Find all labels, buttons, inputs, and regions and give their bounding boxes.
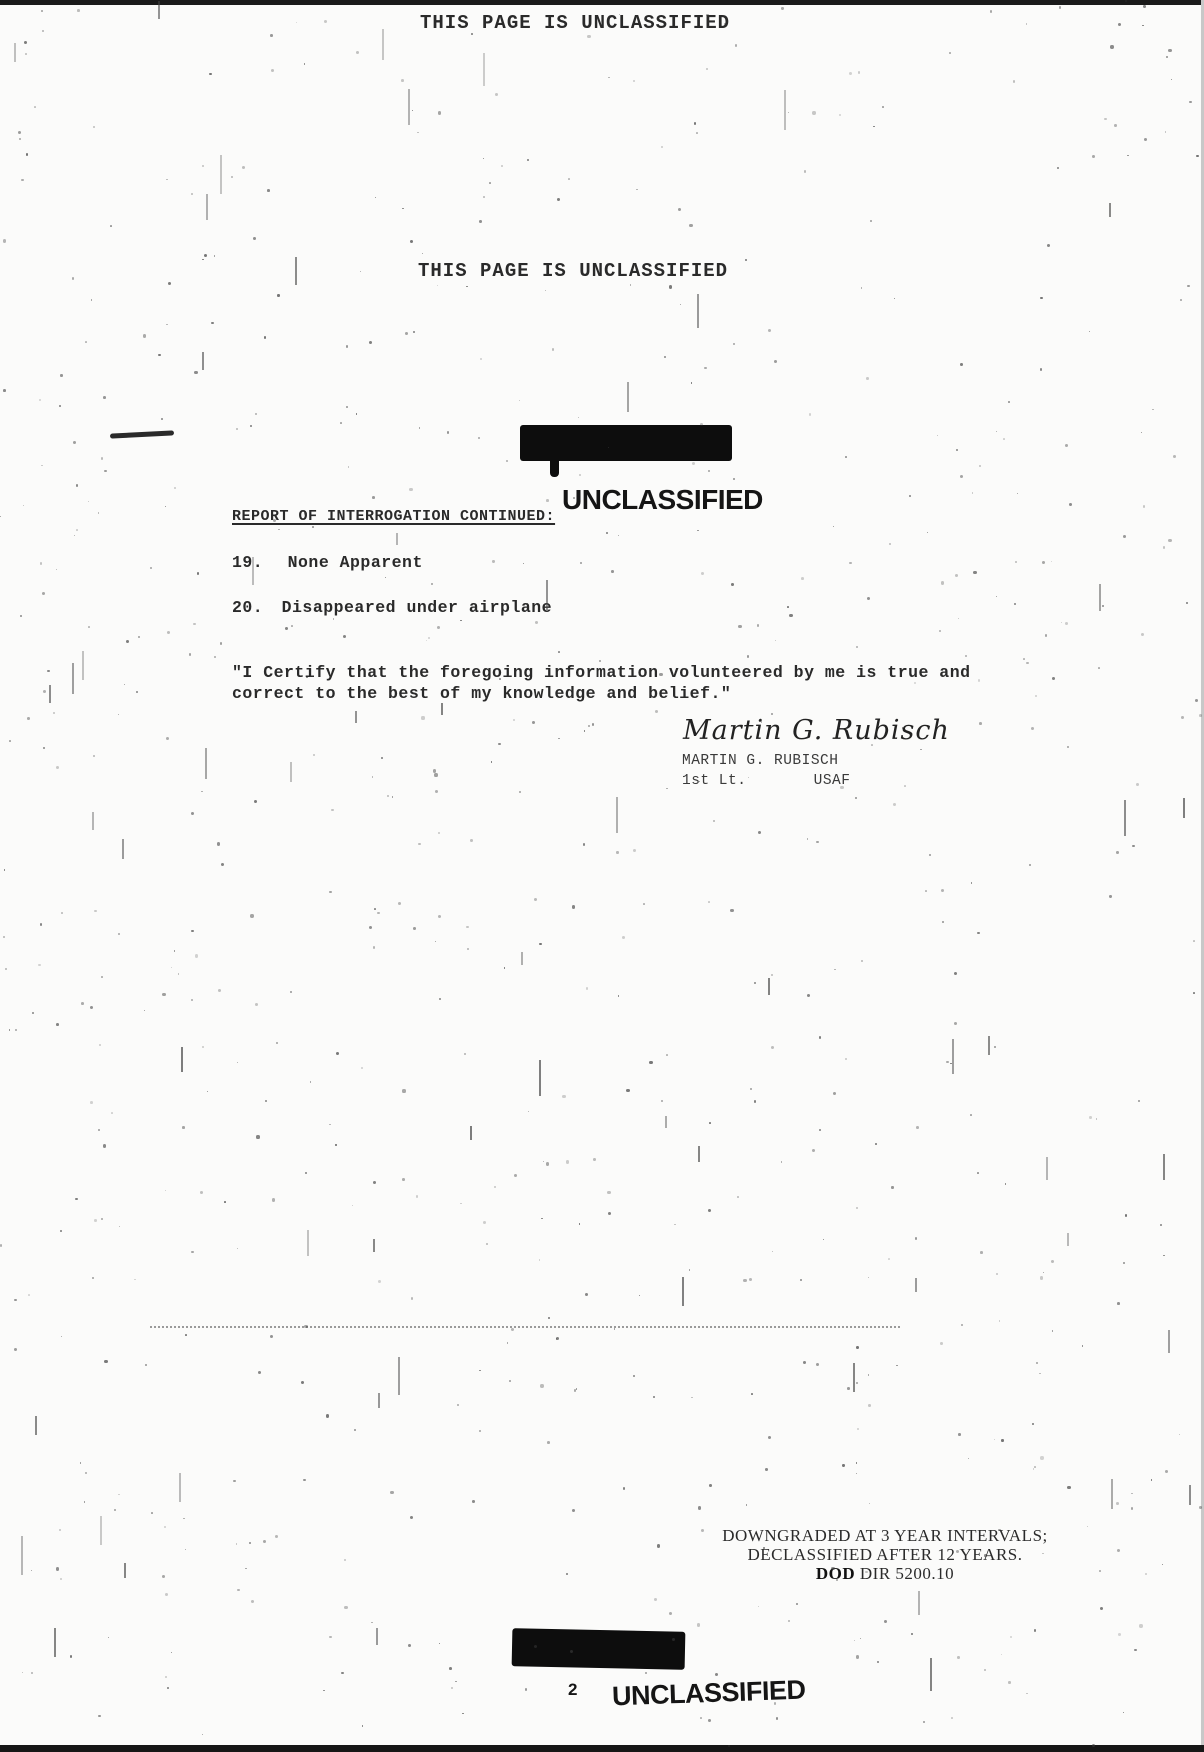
scan-speck	[40, 562, 42, 564]
scan-speck	[868, 1404, 871, 1407]
scan-speck	[1092, 155, 1095, 158]
scan-speck	[557, 198, 560, 201]
scan-speck	[1014, 603, 1016, 605]
scan-speck	[346, 345, 349, 348]
scan-speck	[661, 146, 664, 149]
scan-scratch	[124, 1563, 126, 1578]
scan-speck	[937, 435, 939, 437]
scan-speck	[1143, 505, 1145, 507]
scan-speck	[344, 1606, 347, 1609]
scan-speck	[398, 902, 401, 905]
scan-speck	[202, 165, 204, 167]
scan-speck	[654, 1598, 657, 1601]
scan-speck	[491, 761, 492, 762]
scan-speck	[108, 1637, 109, 1638]
scan-speck	[572, 905, 575, 908]
scan-speck	[855, 797, 857, 799]
scan-speck	[513, 719, 515, 721]
scan-scratch	[307, 1230, 309, 1256]
scan-speck	[506, 460, 508, 462]
scan-speck	[796, 1603, 798, 1605]
scan-speck	[1089, 1116, 1092, 1119]
scan-speck	[20, 615, 22, 617]
scan-speck	[56, 1567, 59, 1570]
scan-speck	[689, 1269, 691, 1271]
scan-speck	[1125, 1214, 1128, 1217]
scan-speck	[372, 776, 373, 777]
scan-scratch	[665, 1116, 667, 1128]
scan-speck	[534, 898, 537, 901]
scan-speck	[960, 363, 963, 366]
scan-speck	[1165, 1470, 1168, 1473]
scan-speck	[845, 456, 847, 458]
scan-speck	[43, 747, 45, 749]
scan-scratch	[355, 711, 357, 722]
scan-speck	[535, 621, 538, 624]
scan-speck	[973, 571, 976, 574]
scan-speck	[111, 1112, 113, 1114]
scan-scratch	[853, 1363, 855, 1392]
scan-speck	[704, 367, 707, 370]
scan-speck	[774, 1702, 777, 1705]
scan-speck	[191, 930, 194, 933]
scan-speck	[669, 285, 672, 288]
scan-speck	[0, 1244, 2, 1246]
scan-speck	[689, 224, 692, 227]
scan-speck	[1181, 716, 1184, 719]
scan-speck	[264, 336, 267, 339]
scan-speck	[0, 516, 1, 517]
redaction-bar-top	[520, 425, 732, 461]
scan-speck	[354, 1429, 356, 1431]
scan-speck	[854, 1640, 856, 1642]
scan-speck	[41, 10, 43, 12]
scan-speck	[492, 560, 494, 562]
scan-speck	[434, 773, 437, 776]
scan-speck	[1040, 1456, 1043, 1459]
scan-speck	[1134, 1649, 1137, 1652]
scan-scratch	[918, 1591, 920, 1615]
scan-speck	[979, 722, 982, 725]
scan-speck	[1005, 1183, 1006, 1184]
scan-speck	[438, 832, 440, 834]
dotted-divider-line	[150, 1326, 900, 1328]
scan-speck	[775, 640, 776, 641]
scan-speck	[977, 1172, 979, 1174]
scan-speck	[486, 1243, 488, 1245]
scan-speck	[1151, 1479, 1153, 1481]
scan-speck	[856, 1655, 859, 1658]
scan-speck	[743, 1279, 746, 1282]
scan-scratch	[1189, 1485, 1191, 1505]
scan-speck	[812, 1149, 815, 1152]
scan-speck	[955, 574, 958, 577]
scan-speck	[1040, 1276, 1043, 1279]
item-number: 19.	[232, 553, 263, 572]
scan-speck	[402, 1089, 405, 1092]
scan-speck	[701, 1529, 704, 1532]
scan-speck	[447, 431, 450, 434]
scan-speck	[410, 1516, 413, 1519]
scan-speck	[599, 660, 602, 663]
scan-speck	[1144, 138, 1147, 141]
scan-speck	[849, 562, 851, 564]
scan-speck	[98, 1129, 100, 1131]
scan-speck	[1098, 667, 1100, 669]
scan-speck	[331, 809, 334, 812]
scan-speck	[750, 1088, 752, 1090]
scan-scratch	[290, 762, 292, 783]
scan-speck	[237, 1062, 238, 1063]
scan-speck	[861, 287, 863, 289]
scan-speck	[996, 596, 997, 597]
scan-speck	[489, 182, 491, 184]
scan-speck	[143, 334, 146, 337]
scan-scratch	[1046, 1157, 1048, 1180]
certification-line-2: correct to the best of my knowledge and …	[232, 684, 731, 703]
scan-speck	[101, 1218, 103, 1220]
scan-speck	[94, 1219, 97, 1222]
scan-speck	[1109, 895, 1111, 897]
downgrade-notice: DOWNGRADED AT 3 YEAR INTERVALS; DECLASSI…	[685, 1526, 1085, 1583]
scan-speck	[144, 1010, 145, 1011]
scan-speck	[606, 532, 608, 534]
scan-scratch	[82, 651, 84, 680]
scan-speck	[275, 1535, 278, 1538]
scan-speck	[616, 851, 618, 853]
scan-speck	[291, 625, 293, 627]
scan-speck	[856, 1462, 857, 1463]
scan-speck	[941, 889, 944, 892]
scan-speck	[694, 122, 696, 124]
scan-scratch	[470, 1126, 472, 1140]
scan-speck	[939, 630, 941, 632]
scan-speck	[372, 496, 375, 499]
scan-speck	[277, 294, 279, 296]
scan-scratch	[179, 1473, 181, 1502]
scan-speck	[698, 1506, 701, 1509]
item-text: Disappeared under airplane	[282, 598, 552, 617]
scan-speck	[587, 35, 590, 38]
scan-speck	[101, 976, 103, 978]
scan-speck	[253, 237, 256, 240]
scan-speck	[346, 406, 348, 408]
scan-speck	[255, 1003, 258, 1006]
scan-speck	[772, 1251, 773, 1252]
scan-speck	[678, 208, 681, 211]
scan-speck	[809, 413, 812, 416]
scan-scratch	[202, 352, 204, 371]
scan-speck	[816, 841, 819, 844]
scan-speck	[18, 131, 21, 134]
scan-speck	[970, 1114, 972, 1116]
scan-scratch	[1109, 203, 1111, 217]
scan-speck	[265, 1100, 267, 1102]
scan-speck	[93, 126, 95, 128]
scan-speck	[1034, 1466, 1036, 1468]
scan-speck	[124, 684, 125, 685]
scan-speck	[893, 803, 896, 806]
scan-scratch	[1168, 1330, 1170, 1354]
scan-speck	[56, 569, 57, 570]
scan-speck	[788, 1620, 790, 1622]
scan-speck	[904, 785, 906, 787]
scan-speck	[871, 744, 873, 746]
scan-speck	[183, 1518, 184, 1519]
scan-speck	[771, 1046, 774, 1049]
scan-speck	[869, 1503, 870, 1504]
scan-speck	[185, 1334, 187, 1336]
scan-speck	[788, 112, 789, 113]
scan-speck	[849, 72, 852, 75]
scan-speck	[237, 1248, 238, 1249]
scan-scratch	[54, 1628, 56, 1658]
scan-speck	[1141, 432, 1142, 433]
scan-speck	[483, 1221, 486, 1224]
scan-speck	[21, 179, 23, 181]
scan-speck	[191, 812, 194, 815]
scan-speck	[1065, 444, 1068, 447]
scan-speck	[1031, 727, 1034, 730]
scan-speck	[1008, 401, 1010, 403]
certification-line-1: "I Certify that the foregoing informatio…	[232, 663, 971, 682]
scan-speck	[166, 737, 169, 740]
scan-speck	[255, 413, 256, 414]
scan-speck	[523, 563, 524, 564]
scan-speck	[1187, 285, 1189, 287]
scan-speck	[304, 1325, 307, 1328]
scan-speck	[1001, 1654, 1002, 1655]
scan-speck	[674, 1224, 675, 1225]
scan-speck	[185, 1549, 186, 1550]
scan-speck	[858, 71, 861, 74]
scan-speck	[857, 1428, 860, 1431]
scan-speck	[333, 618, 334, 619]
scan-speck	[81, 1002, 84, 1005]
scan-speck	[312, 526, 314, 528]
scan-speck	[352, 1205, 353, 1206]
scan-speck	[1189, 101, 1192, 104]
scan-speck	[93, 755, 95, 757]
scan-speck	[220, 642, 223, 645]
scan-speck	[103, 1144, 106, 1147]
scan-speck	[47, 670, 49, 672]
scan-speck	[643, 903, 645, 905]
scan-speck	[145, 1364, 147, 1366]
scan-speck	[607, 1191, 610, 1194]
scan-speck	[356, 51, 359, 54]
scan-speck	[730, 909, 733, 912]
scan-speck	[402, 208, 403, 209]
scan-speck	[666, 788, 668, 790]
scan-speck	[472, 1500, 475, 1503]
scan-speck	[5, 968, 8, 971]
scan-speck	[540, 1384, 543, 1387]
scan-speck	[758, 831, 761, 834]
scan-speck	[1163, 1255, 1164, 1256]
scan-speck	[439, 1643, 441, 1645]
scan-speck	[833, 526, 835, 528]
scan-speck	[579, 1223, 581, 1225]
scan-speck	[377, 912, 380, 915]
scan-speck	[956, 449, 958, 451]
scan-speck	[593, 1158, 596, 1161]
scan-speck	[194, 371, 197, 374]
scan-speck	[541, 1218, 543, 1220]
scan-speck	[708, 1209, 711, 1212]
scan-speck	[221, 863, 224, 866]
scan-speck	[59, 1529, 61, 1531]
downgrade-directive: DIR 5200.10	[860, 1564, 954, 1583]
scan-speck	[1042, 561, 1045, 564]
scan-speck	[329, 891, 332, 894]
scan-speck	[278, 529, 280, 531]
scan-speck	[270, 34, 273, 37]
scan-scratch	[122, 839, 124, 859]
scan-speck	[856, 1473, 857, 1474]
scan-speck	[558, 738, 560, 740]
scan-speck	[1117, 1549, 1120, 1552]
scan-speck	[1139, 1624, 1142, 1627]
scan-speck	[371, 1622, 372, 1623]
scan-speck	[754, 1100, 757, 1103]
scan-speck	[272, 1198, 275, 1201]
scan-scratch	[373, 1239, 375, 1252]
scan-speck	[245, 1568, 247, 1570]
scan-speck	[60, 374, 62, 376]
scan-speck	[923, 1721, 925, 1723]
scan-speck	[462, 1713, 463, 1714]
scan-speck	[733, 343, 734, 344]
scan-speck	[60, 1578, 62, 1580]
scan-speck	[946, 1061, 949, 1064]
scan-speck	[233, 1480, 235, 1482]
scan-speck	[546, 1162, 549, 1165]
scan-scratch	[616, 797, 618, 833]
scan-speck	[14, 1299, 17, 1302]
scan-speck	[369, 341, 372, 344]
scan-scratch	[483, 53, 485, 86]
scan-speck	[419, 427, 421, 429]
scan-speck	[178, 973, 179, 974]
scan-speck	[76, 484, 78, 486]
scan-speck	[304, 63, 306, 65]
scan-speck	[701, 572, 704, 575]
scan-speck	[823, 1239, 824, 1240]
scan-speck	[546, 499, 549, 502]
scan-speck	[285, 627, 288, 630]
scan-scratch	[378, 1393, 380, 1408]
scan-speck	[165, 1676, 167, 1678]
scan-scratch	[521, 952, 523, 965]
scan-speck	[437, 285, 438, 286]
scan-speck	[92, 1277, 94, 1279]
scan-speck	[803, 1361, 806, 1364]
scan-speck	[787, 606, 789, 608]
scan-speck	[819, 1036, 822, 1039]
scan-speck	[543, 1161, 545, 1163]
scan-speck	[118, 933, 120, 935]
scan-speck	[70, 1655, 73, 1658]
scan-speck	[204, 254, 207, 257]
scan-speck	[789, 614, 792, 617]
scan-speck	[1160, 1224, 1162, 1226]
scan-scratch	[627, 382, 629, 412]
scan-speck	[781, 1161, 782, 1162]
scan-speck	[519, 791, 521, 793]
scan-speck	[138, 636, 140, 638]
scan-speck	[700, 423, 703, 426]
scan-speck	[471, 33, 473, 35]
scan-speck	[920, 749, 922, 751]
scan-speck	[1065, 622, 1068, 625]
scan-speck	[972, 492, 974, 494]
scan-speck	[1171, 79, 1172, 80]
scan-speck	[202, 1734, 203, 1735]
scan-speck	[94, 910, 96, 912]
scan-speck	[1123, 535, 1126, 538]
scan-speck	[479, 1430, 481, 1432]
scan-speck	[375, 197, 376, 198]
scan-speck	[775, 735, 778, 738]
scan-speck	[499, 678, 501, 680]
scan-speck	[957, 1656, 960, 1659]
scan-speck	[866, 377, 869, 380]
scan-speck	[4, 869, 5, 870]
scan-speck	[237, 1589, 239, 1591]
scan-speck	[126, 640, 129, 643]
scan-speck	[77, 9, 80, 12]
scan-speck	[804, 170, 806, 172]
scan-speck	[114, 1509, 117, 1512]
scan-speck	[1116, 1502, 1119, 1505]
scan-speck	[1132, 845, 1134, 847]
scan-speck	[162, 1575, 165, 1578]
scan-speck	[336, 1052, 339, 1055]
scan-speck	[1116, 851, 1119, 854]
scan-speck	[401, 79, 404, 82]
scan-speck	[270, 1335, 273, 1338]
scan-speck	[940, 1342, 943, 1345]
scan-speck	[61, 912, 63, 914]
scan-speck	[161, 418, 163, 420]
scan-speck	[494, 1186, 495, 1187]
scan-speck	[224, 1201, 226, 1203]
scan-scratch	[1163, 1154, 1165, 1180]
scan-scratch	[396, 533, 398, 544]
scan-speck	[697, 1623, 700, 1626]
signer-typed-name: MARTIN G. RUBISCH	[682, 753, 838, 769]
scan-speck	[1010, 1636, 1012, 1638]
scan-speck	[373, 946, 375, 948]
scan-scratch	[930, 1658, 932, 1691]
scan-speck	[438, 915, 441, 918]
scan-speck	[713, 820, 715, 822]
scan-speck	[209, 73, 211, 75]
scan-speck	[1162, 1564, 1163, 1565]
scan-speck	[771, 974, 773, 976]
scan-speck	[303, 1479, 306, 1482]
scan-speck	[103, 396, 106, 399]
scan-scratch	[952, 1039, 954, 1074]
scan-speck	[439, 998, 441, 1000]
scan-speck	[708, 470, 710, 472]
scan-speck	[99, 1044, 100, 1045]
scan-speck	[1039, 1373, 1040, 1374]
scan-speck	[171, 967, 172, 968]
scan-speck	[504, 967, 505, 968]
scan-speck	[290, 991, 292, 993]
